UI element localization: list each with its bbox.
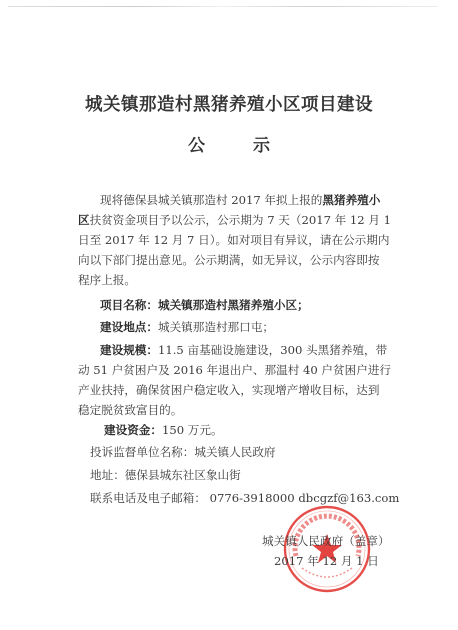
scale-line: 动 51 户贫困户及 2016 年退出户、那温村 40 户贫困户进行	[78, 363, 391, 377]
subtitle-char: 公	[188, 131, 205, 156]
intro-line: 区扶贫资金项目予以公示，公示期为 7 天（2017 年 12 月 1	[78, 213, 391, 227]
contact-phone-email: 联系电话及电子邮箱： 0776-3918000 dbcgzf@163.com	[90, 491, 399, 505]
intro-line: 日至 2017 年 12 月 7 日）。如对项目有异议，请在公示期内	[78, 233, 389, 247]
field-funds: 建设资金：150 万元。	[104, 423, 223, 437]
scale-line: 稳定脱贫致富目的。	[78, 403, 182, 417]
field-scale: 建设规模：11.5 亩基础设施建设，300 头黑猪养殖，带	[100, 343, 387, 357]
intro-line: 向以下部门提出意见。公示期满，如无异议，公示内容即按	[78, 253, 379, 267]
document-title: 城关镇那造村黑猪养殖小区项目建设	[0, 91, 458, 116]
signature-date: 2017 年 12 月 1 日	[274, 553, 379, 569]
intro-line: 程序上报。	[78, 273, 136, 287]
scale-line: 产业扶持，确保贫困户稳定收入，实现增产增收目标，达到	[78, 383, 379, 397]
signature-org: 城关镇人民政府（盖章）	[262, 533, 390, 549]
field-project-name: 项目名称：城关镇那造村黑猪养殖小区；	[100, 298, 309, 312]
field-location: 建设地点：城关镇那造村那口屯；	[100, 320, 274, 334]
contact-supervisor: 投诉监督单位名称：城关镇人民政府	[90, 445, 276, 459]
scan-edge	[8, 6, 438, 7]
official-seal-icon	[282, 504, 372, 594]
contact-address: 地址：德保县城东社区象山街	[90, 468, 241, 482]
intro-line: 现将德保县城关镇那造村 2017 年拟上报的黑猪养殖小	[100, 193, 380, 207]
subtitle-char: 示	[253, 131, 270, 156]
document-subtitle: 公示	[0, 131, 458, 156]
